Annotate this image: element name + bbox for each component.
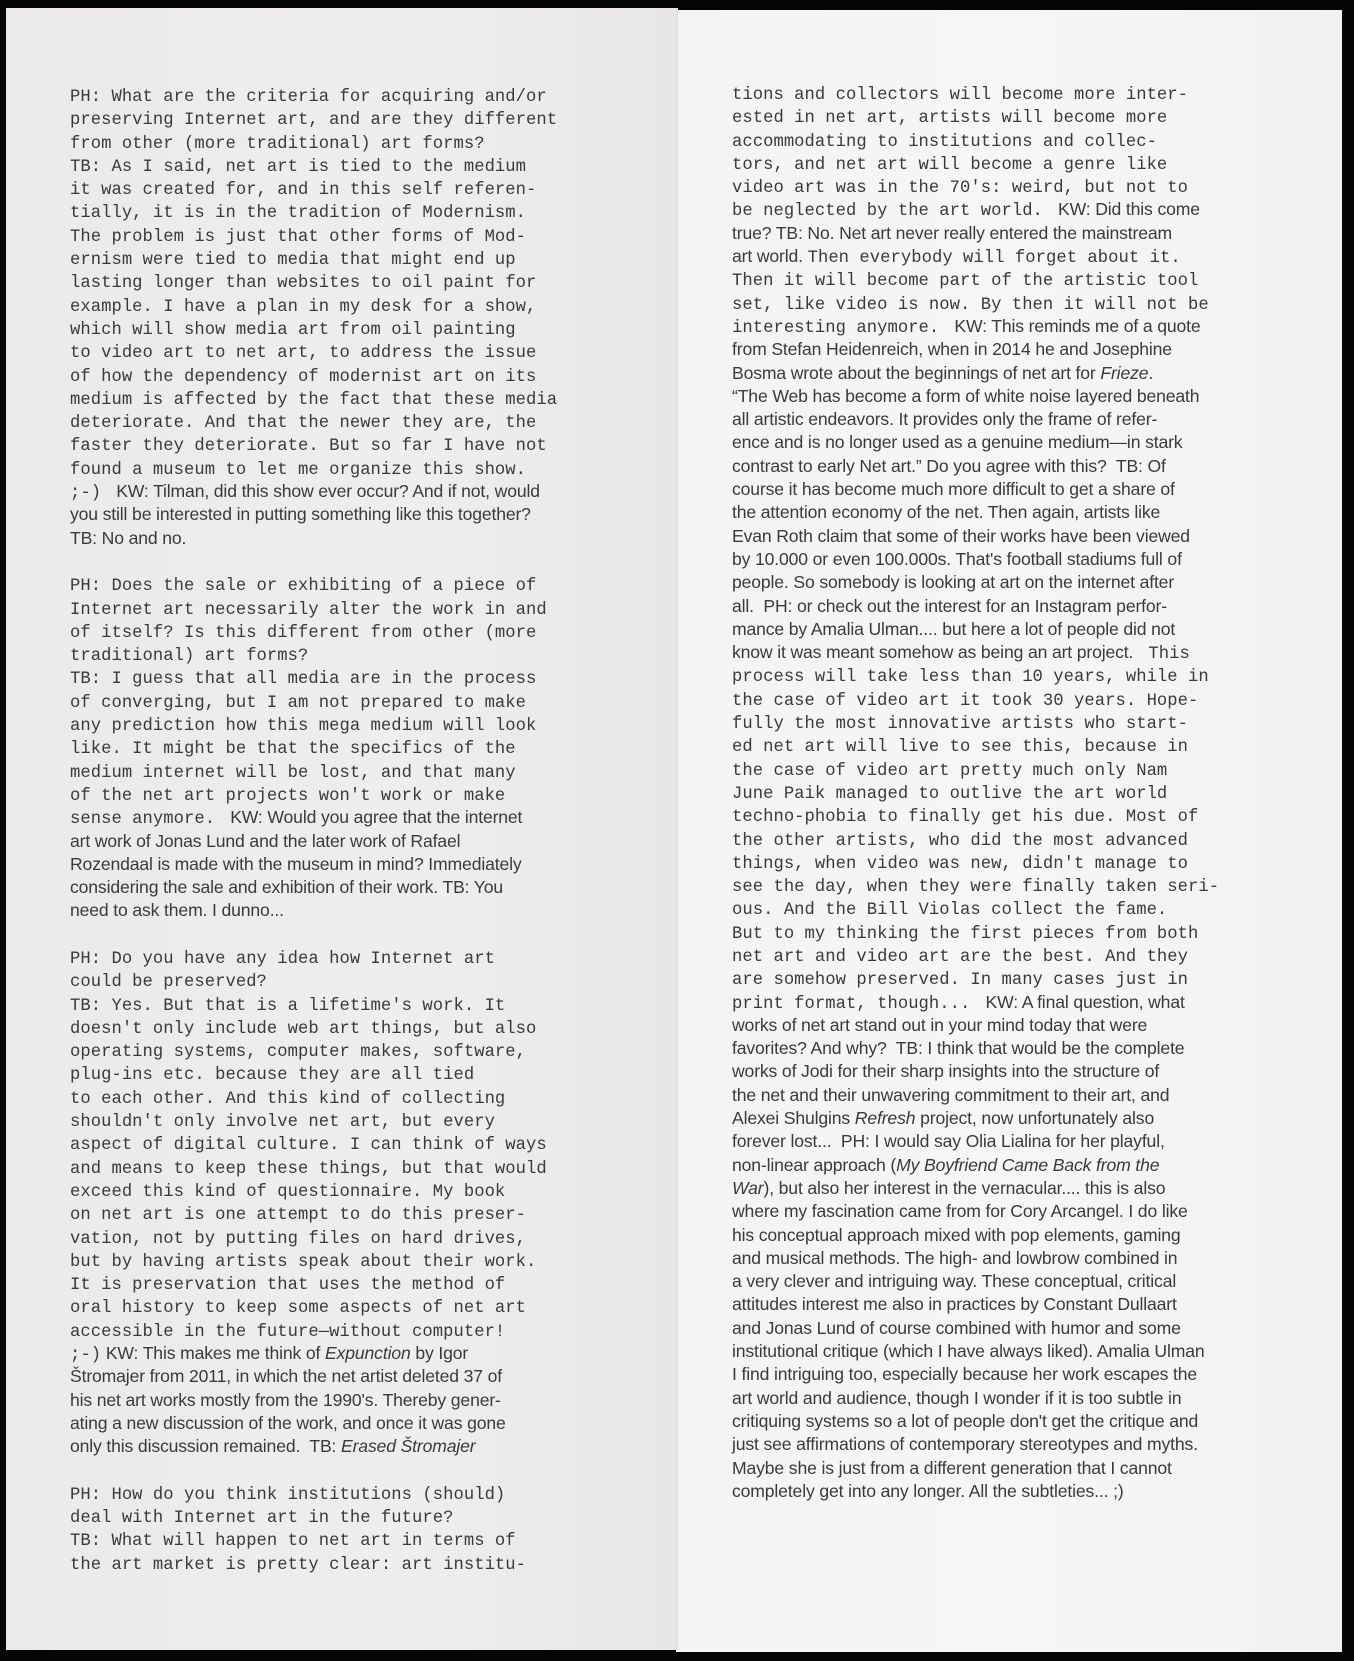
text-line: to video art to net art, to address the … [70,340,630,363]
sans-text: ence and is no longer used as a genuine … [732,432,1182,452]
typewriter-text: are somehow preserved. In many cases jus… [732,971,1188,990]
text-line: interesting anymore. KW: This reminds me… [732,315,1292,338]
text-line: any prediction how this mega medium will… [70,713,630,736]
typewriter-text: exceed this kind of questionnaire. My bo… [70,1183,505,1202]
sans-text: works of net art stand out in your mind … [732,1015,1147,1035]
text-line: shouldn't only involve net art, but ever… [70,1109,630,1132]
text-line: TB: No and no. [70,527,630,550]
text-line: “The Web has become a form of white nois… [732,385,1292,408]
typewriter-text: any prediction how this mega medium will… [70,717,536,736]
text-line: ested in net art, artists will become mo… [732,105,1292,128]
typewriter-text: to video art to net art, to address the … [70,344,536,363]
typewriter-text: and means to keep these things, but that… [70,1160,547,1179]
sans-text: “The Web has become a form of white nois… [732,386,1199,406]
text-line: doesn't only include web art things, but… [70,1016,630,1039]
text-line: ;-) KW: This makes me think of Expunctio… [70,1342,630,1365]
sans-text: completely get into any longer. All the … [732,1481,1124,1501]
typewriter-text: PH: Does the sale or exhibiting of a pie… [70,577,536,596]
text-line: completely get into any longer. All the … [732,1480,1292,1503]
text-line: But to my thinking the first pieces from… [732,921,1292,944]
typewriter-text: traditional) art forms? [70,647,308,666]
text-line: institutional critique (which I have alw… [732,1340,1292,1363]
sans-text: and musical methods. The high- and lowbr… [732,1248,1177,1268]
text-line: his conceptual approach mixed with pop e… [732,1224,1292,1247]
typewriter-text: fully the most innovative artists who st… [732,715,1188,734]
sans-text: . [1148,363,1153,383]
text-line: critiquing systems so a lot of people do… [732,1410,1292,1433]
text-line: PH: Does the sale or exhibiting of a pie… [70,573,630,596]
text-line: deal with Internet art in the future? [70,1505,630,1528]
sans-text: KW: Did this come [1053,199,1200,219]
left-page-text: PH: What are the criteria for acquiring … [70,84,630,1575]
text-line: of how the dependency of modernist art o… [70,364,630,387]
sans-text: art work of Jonas Lund and the later wor… [70,831,460,851]
text-line: contrast to early Net art.” Do you agree… [732,455,1292,478]
text-line: where my fascination came from for Cory … [732,1200,1292,1223]
sans-text: forever lost... PH: I would say Olia Lia… [732,1131,1165,1151]
text-line: preserving Internet art, and are they di… [70,107,630,130]
typewriter-text: ous. And the Bill Violas collect the fam… [732,901,1167,920]
text-line: War), but also her interest in the verna… [732,1177,1292,1200]
typewriter-text: the other artists, who did the most adva… [732,832,1188,851]
typewriter-text: medium internet will be lost, and that m… [70,764,516,783]
text-line: tors, and net art will become a genre li… [732,152,1292,175]
sans-text: people. So somebody is looking at art on… [732,572,1174,592]
sans-text: KW: A final question, what [981,992,1185,1012]
sans-text: all artistic endeavors. It provides only… [732,409,1157,429]
typewriter-text: example. I have a plan in my desk for a … [70,298,536,317]
text-line: Evan Roth claim that some of their works… [732,525,1292,548]
sans-text: from Stefan Heidenreich, when in 2014 he… [732,339,1172,359]
typewriter-text: interesting anymore. [732,319,950,338]
typewriter-text: which will show media art from oil paint… [70,321,516,340]
text-line: art work of Jonas Lund and the later wor… [70,830,630,853]
text-line: but by having artists speak about their … [70,1249,630,1272]
text-line: lasting longer than websites to oil pain… [70,270,630,293]
text-line: Rozendaal is made with the museum in min… [70,853,630,876]
sans-text: art world. [732,246,808,266]
text-line: forever lost... PH: I would say Olia Lia… [732,1130,1292,1153]
text-line: faster they deteriorate. But so far I ha… [70,433,630,456]
paragraph-break [70,1459,630,1482]
sans-text: TB: No and no. [70,528,186,548]
sans-text: KW: Would you agree that the internet [225,807,522,827]
typewriter-text: could be preserved? [70,973,267,992]
text-line: from other (more traditional) art forms? [70,131,630,154]
sans-text: art world and audience, though I wonder … [732,1388,1181,1408]
sans-text: just see affirmations of contemporary st… [732,1434,1198,1454]
typewriter-text: faster they deteriorate. But so far I ha… [70,437,547,456]
typewriter-text: ;-) [70,1346,101,1365]
typewriter-text: plug-ins etc. because they are all tied [70,1066,474,1085]
sans-text: Rozendaal is made with the museum in min… [70,854,522,874]
text-line: net art and video art are the best. And … [732,944,1292,967]
typewriter-text: lasting longer than websites to oil pain… [70,274,536,293]
text-line: TB: I guess that all media are in the pr… [70,666,630,689]
text-line: Maybe she is just from a different gener… [732,1457,1292,1480]
text-line: process will take less than 10 years, wh… [732,664,1292,687]
text-line: ating a new discussion of the work, and … [70,1412,630,1435]
typewriter-text: Then it will become part of the artistic… [732,272,1198,291]
text-line: just see affirmations of contemporary st… [732,1433,1292,1456]
text-line: print format, though... KW: A final ques… [732,991,1292,1014]
text-line: accommodating to institutions and collec… [732,129,1292,152]
typewriter-text: see the day, when they were finally take… [732,878,1219,897]
text-line: ed net art will live to see this, becaus… [732,734,1292,757]
text-line: Bosma wrote about the beginnings of net … [732,362,1292,385]
typewriter-text: be neglected by the art world. [732,202,1053,221]
text-line: like. It might be that the specifics of … [70,736,630,759]
text-line: techno-phobia to finally get his due. Mo… [732,804,1292,827]
typewriter-text: doesn't only include web art things, but… [70,1020,536,1039]
typewriter-text: ;-) [70,484,111,503]
sans-text: Štromajer from 2011, in which the net ar… [70,1366,502,1386]
text-line: are somehow preserved. In many cases jus… [732,967,1292,990]
text-line: ous. And the Bill Violas collect the fam… [732,897,1292,920]
typewriter-text: print format, though... [732,995,981,1014]
typewriter-text: ernism were tied to media that might end… [70,251,516,270]
text-line: Štromajer from 2011, in which the net ar… [70,1365,630,1388]
typewriter-text: of the net art projects won't work or ma… [70,787,505,806]
text-line: set, like video is now. By then it will … [732,292,1292,315]
sans-text: a very clever and intriguing way. These … [732,1271,1176,1291]
text-line: it was created for, and in this self ref… [70,177,630,200]
text-line: TB: As I said, net art is tied to the me… [70,154,630,177]
typewriter-text: but by having artists speak about their … [70,1253,536,1272]
text-line: deteriorate. And that the newer they are… [70,410,630,433]
sans-text: his net art works mostly from the 1990's… [70,1390,501,1410]
text-line: Internet art necessarily alter the work … [70,597,630,620]
sans-text: institutional critique (which I have alw… [732,1341,1204,1361]
typewriter-text: preserving Internet art, and are they di… [70,111,557,130]
sans-text: course it has become much more difficult… [732,479,1175,499]
text-line: his net art works mostly from the 1990's… [70,1389,630,1412]
text-line: be neglected by the art world. KW: Did t… [732,198,1292,221]
text-line: the other artists, who did the most adva… [732,828,1292,851]
sans-text: KW: Tilman, did this show ever occur? An… [111,481,539,501]
typewriter-text: medium is affected by the fact that thes… [70,391,557,410]
typewriter-text: set, like video is now. By then it will … [732,296,1209,315]
text-line: considering the sale and exhibition of t… [70,876,630,899]
text-line: found a museum to let me organize this s… [70,457,630,480]
text-line: art world and audience, though I wonder … [732,1387,1292,1410]
text-line: accessible in the future—without compute… [70,1319,630,1342]
text-line: vation, not by putting files on hard dri… [70,1226,630,1249]
text-line: only this discussion remained. TB: Erase… [70,1435,630,1458]
typewriter-text: from other (more traditional) art forms? [70,135,485,154]
text-line: aspect of digital culture. I can think o… [70,1132,630,1155]
text-line: of converging, but I am not prepared to … [70,690,630,713]
typewriter-text: of itself? Is this different from other … [70,624,536,643]
text-line: I find intriguing too, especially becaus… [732,1363,1292,1386]
typewriter-text: of how the dependency of modernist art o… [70,368,536,387]
text-line: PH: How do you think institutions (shoul… [70,1482,630,1505]
typewriter-text: June Paik managed to outlive the art wor… [732,785,1167,804]
text-line: the attention economy of the net. Then a… [732,501,1292,524]
typewriter-text: aspect of digital culture. I can think o… [70,1136,547,1155]
sans-text: Bosma wrote about the beginnings of net … [732,363,1100,383]
typewriter-text: it was created for, and in this self ref… [70,181,536,200]
text-line: attitudes interest me also in practices … [732,1293,1292,1316]
typewriter-text: process will take less than 10 years, wh… [732,668,1209,687]
text-line: Alexei Shulgins Refresh project, now unf… [732,1107,1292,1130]
typewriter-text: Then everybody will forget about it. [808,249,1181,268]
sans-text: where my fascination came from for Cory … [732,1201,1188,1221]
text-line: all artistic endeavors. It provides only… [732,408,1292,431]
text-line: exceed this kind of questionnaire. My bo… [70,1179,630,1202]
typewriter-text: like. It might be that the specifics of … [70,740,516,759]
sans-text: ating a new discussion of the work, and … [70,1413,506,1433]
text-line: video art was in the 70's: weird, but no… [732,175,1292,198]
typewriter-text: accommodating to institutions and collec… [732,133,1157,152]
typewriter-text: TB: I guess that all media are in the pr… [70,670,536,689]
text-line: to each other. And this kind of collecti… [70,1086,630,1109]
text-line: sense anymore. KW: Would you agree that … [70,806,630,829]
text-line: things, when video was new, didn't manag… [732,851,1292,874]
text-line: all. PH: or check out the interest for a… [732,595,1292,618]
sans-text: favorites? And why? TB: I think that wou… [732,1038,1184,1058]
sans-text: KW: This reminds me of a quote [950,316,1201,336]
text-line: TB: What will happen to net art in terms… [70,1528,630,1551]
text-line: course it has become much more difficult… [732,478,1292,501]
text-line: by 10.000 or even 100.000s. That's footb… [732,548,1292,571]
typewriter-text: techno-phobia to finally get his due. Mo… [732,808,1198,827]
text-line: could be preserved? [70,969,630,992]
sans-text: only this discussion remained. TB: [70,1436,341,1456]
text-line: plug-ins etc. because they are all tied [70,1062,630,1085]
text-line: example. I have a plan in my desk for a … [70,294,630,317]
sans-text: attitudes interest me also in practices … [732,1294,1177,1314]
typewriter-text: the case of video art pretty much only N… [732,762,1167,781]
typewriter-text: vation, not by putting files on hard dri… [70,1230,526,1249]
sans-text: by 10.000 or even 100.000s. That's footb… [732,549,1182,569]
typewriter-text: Internet art necessarily alter the work … [70,601,547,620]
typewriter-text: video art was in the 70's: weird, but no… [732,179,1188,198]
typewriter-text: TB: As I said, net art is tied to the me… [70,158,526,177]
text-line: medium is affected by the fact that thes… [70,387,630,410]
typewriter-text: net art and video art are the best. And … [732,948,1188,967]
text-line: works of Jodi for their sharp insights i… [732,1060,1292,1083]
text-line: the art market is pretty clear: art inst… [70,1552,630,1575]
text-line: ;-) KW: Tilman, did this show ever occur… [70,480,630,503]
text-line: know it was meant somehow as being an ar… [732,641,1292,664]
typewriter-text: of converging, but I am not prepared to … [70,694,526,713]
typewriter-text: oral history to keep some aspects of net… [70,1299,526,1318]
typewriter-text: The problem is just that other forms of … [70,228,526,247]
text-line: ernism were tied to media that might end… [70,247,630,270]
sans-text: Alexei Shulgins [732,1108,855,1128]
sans-text: and Jonas Lund of course combined with h… [732,1318,1181,1338]
text-line: traditional) art forms? [70,643,630,666]
typewriter-text: tially, it is in the tradition of Modern… [70,204,526,223]
text-line: and means to keep these things, but that… [70,1156,630,1179]
italic-title: War [732,1178,763,1198]
sans-text: true? TB: No. Net art never really enter… [732,223,1172,243]
italic-title: Expunction [325,1343,411,1363]
typewriter-text: This [1138,645,1190,664]
text-line: true? TB: No. Net art never really enter… [732,222,1292,245]
sans-text: need to ask them. I dunno... [70,900,284,920]
text-line: operating systems, computer makes, softw… [70,1039,630,1062]
italic-title: My Boyfriend Came Back from the [896,1155,1159,1175]
text-line: oral history to keep some aspects of net… [70,1295,630,1318]
typewriter-text: the art market is pretty clear: art inst… [70,1556,526,1575]
sans-text: you still be interested in putting somet… [70,504,531,524]
sans-text: non-linear approach ( [732,1155,896,1175]
text-line: mance by Amalia Ulman.... but here a lot… [732,618,1292,641]
text-line: Then it will become part of the artistic… [732,268,1292,291]
italic-title: Refresh [855,1108,916,1128]
sans-text: the attention economy of the net. Then a… [732,502,1160,522]
text-line: medium internet will be lost, and that m… [70,760,630,783]
paragraph-break [70,550,630,573]
right-page-text: tions and collectors will become more in… [732,82,1292,1503]
typewriter-text: PH: Do you have any idea how Internet ar… [70,950,495,969]
typewriter-text: ested in net art, artists will become mo… [732,109,1167,128]
typewriter-text: operating systems, computer makes, softw… [70,1043,526,1062]
text-line: of itself? Is this different from other … [70,620,630,643]
text-line: the case of video art pretty much only N… [732,758,1292,781]
typewriter-text: shouldn't only involve net art, but ever… [70,1113,495,1132]
typewriter-text: PH: How do you think institutions (shoul… [70,1486,505,1505]
text-line: TB: Yes. But that is a lifetime's work. … [70,993,630,1016]
text-line: of the net art projects won't work or ma… [70,783,630,806]
typewriter-text: tors, and net art will become a genre li… [732,156,1167,175]
sans-text: critiquing systems so a lot of people do… [732,1411,1198,1431]
sans-text: all. PH: or check out the interest for a… [732,596,1167,616]
typewriter-text: found a museum to let me organize this s… [70,461,526,480]
text-line: PH: What are the criteria for acquiring … [70,84,630,107]
text-line: PH: Do you have any idea how Internet ar… [70,946,630,969]
text-line: see the day, when they were finally take… [732,874,1292,897]
text-line: fully the most innovative artists who st… [732,711,1292,734]
text-line: The problem is just that other forms of … [70,224,630,247]
page-gutter [676,8,678,1650]
typewriter-text: TB: Yes. But that is a lifetime's work. … [70,997,505,1016]
text-line: tions and collectors will become more in… [732,82,1292,105]
sans-text: I find intriguing too, especially becaus… [732,1364,1197,1384]
italic-title: Frieze [1100,363,1148,383]
typewriter-text: sense anymore. [70,810,225,829]
typewriter-text: things, when video was new, didn't manag… [732,855,1188,874]
typewriter-text: PH: What are the criteria for acquiring … [70,88,547,107]
typewriter-text: ed net art will live to see this, becaus… [732,738,1188,757]
typewriter-text: deal with Internet art in the future? [70,1509,453,1528]
italic-title: Erased Štromajer [341,1436,476,1456]
typewriter-text: to each other. And this kind of collecti… [70,1090,505,1109]
text-line: and Jonas Lund of course combined with h… [732,1317,1292,1340]
text-line: It is preservation that uses the method … [70,1272,630,1295]
sans-text: KW: This makes me think of [101,1343,325,1363]
text-line: non-linear approach (My Boyfriend Came B… [732,1154,1292,1177]
typewriter-text: accessible in the future—without compute… [70,1323,505,1342]
text-line: and musical methods. The high- and lowbr… [732,1247,1292,1270]
text-line: from Stefan Heidenreich, when in 2014 he… [732,338,1292,361]
sans-text: the net and their unwavering commitment … [732,1085,1169,1105]
text-line: the case of video art it took 30 years. … [732,688,1292,711]
typewriter-text: deteriorate. And that the newer they are… [70,414,536,433]
sans-text: know it was meant somehow as being an ar… [732,642,1138,662]
text-line: works of net art stand out in your mind … [732,1014,1292,1037]
text-line: you still be interested in putting somet… [70,503,630,526]
sans-text: Evan Roth claim that some of their works… [732,526,1190,546]
sans-text: by Igor [411,1343,468,1363]
text-line: people. So somebody is looking at art on… [732,571,1292,594]
typewriter-text: TB: What will happen to net art in terms… [70,1532,516,1551]
sans-text: works of Jodi for their sharp insights i… [732,1061,1159,1081]
paragraph-break [70,923,630,946]
sans-text: ), but also her interest in the vernacul… [763,1178,1165,1198]
text-line: favorites? And why? TB: I think that wou… [732,1037,1292,1060]
text-line: tially, it is in the tradition of Modern… [70,200,630,223]
text-line: which will show media art from oil paint… [70,317,630,340]
typewriter-text: on net art is one attempt to do this pre… [70,1206,526,1225]
typewriter-text: It is preservation that uses the method … [70,1276,505,1295]
typewriter-text: the case of video art it took 30 years. … [732,692,1198,711]
sans-text: mance by Amalia Ulman.... but here a lot… [732,619,1175,639]
typewriter-text: tions and collectors will become more in… [732,86,1188,105]
sans-text: considering the sale and exhibition of t… [70,877,503,897]
sans-text: his conceptual approach mixed with pop e… [732,1225,1180,1245]
sans-text: project, now unfortunately also [915,1108,1154,1128]
text-line: need to ask them. I dunno... [70,899,630,922]
sans-text: Maybe she is just from a different gener… [732,1458,1172,1478]
text-line: on net art is one attempt to do this pre… [70,1202,630,1225]
text-line: art world. Then everybody will forget ab… [732,245,1292,268]
text-line: ence and is no longer used as a genuine … [732,431,1292,454]
text-line: a very clever and intriguing way. These … [732,1270,1292,1293]
sans-text: contrast to early Net art.” Do you agree… [732,456,1166,476]
text-line: June Paik managed to outlive the art wor… [732,781,1292,804]
typewriter-text: But to my thinking the first pieces from… [732,925,1198,944]
text-line: the net and their unwavering commitment … [732,1084,1292,1107]
